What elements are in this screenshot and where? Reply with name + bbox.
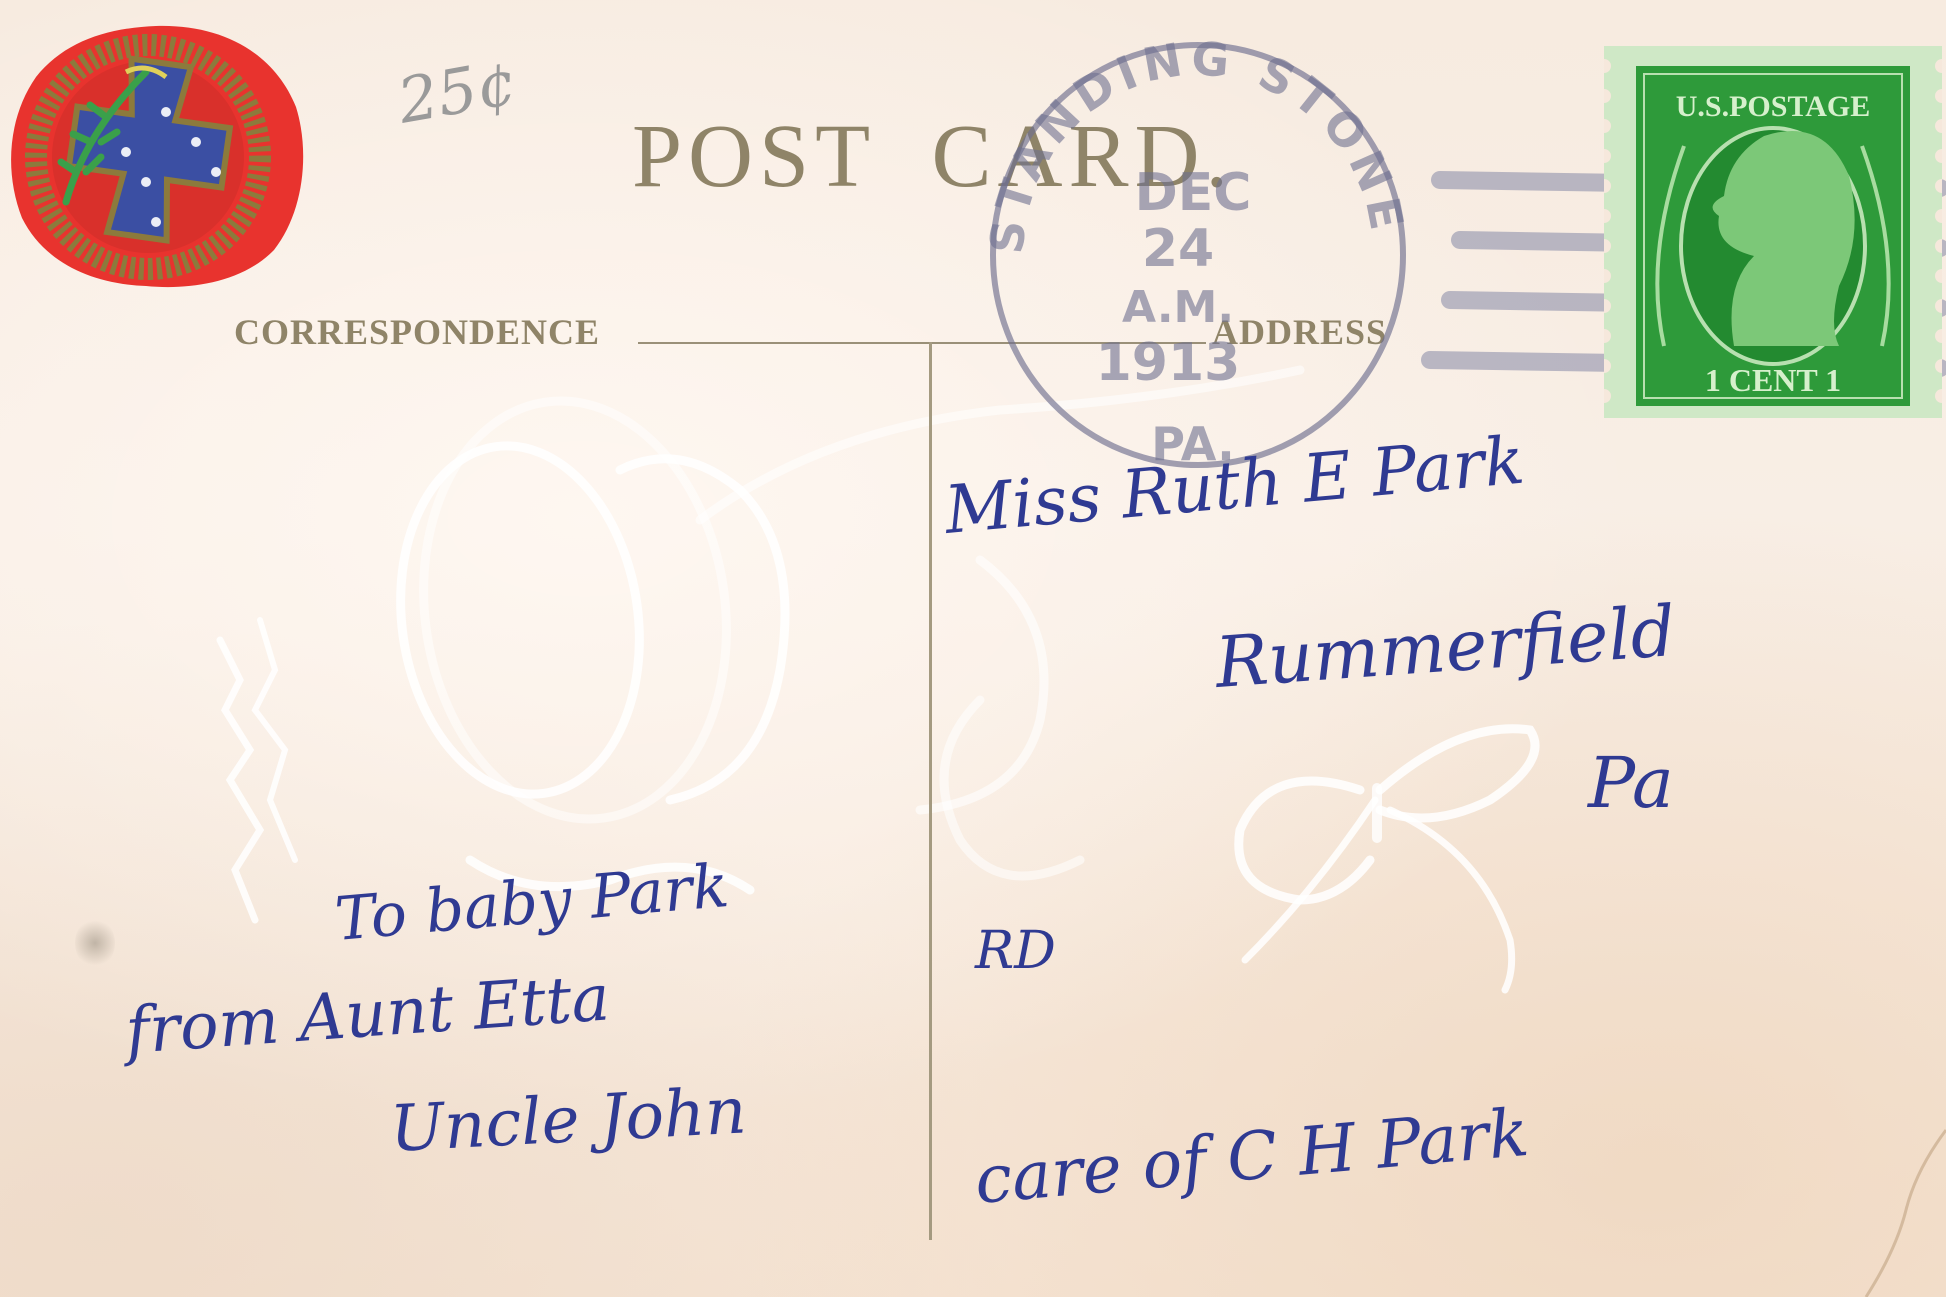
postage-stamp: U.S.POSTAGE 1 CENT 1 <box>1604 46 1942 418</box>
stamp-denomination: 1 CENT 1 <box>1705 362 1841 398</box>
center-divider <box>929 342 932 1240</box>
postmark-time: A.M. <box>1122 282 1234 333</box>
postmark-year: 1913 <box>1096 333 1241 393</box>
stamp-top-text: U.S.POSTAGE <box>1676 90 1871 123</box>
address-state: Pa <box>1588 748 1674 818</box>
corner-crease <box>1840 1120 1946 1297</box>
message-line-3: Uncle John <box>389 1079 748 1162</box>
address-town: Rummerfield <box>1213 596 1678 698</box>
postmark-day: 24 <box>1142 219 1214 279</box>
pencil-price-note: 25¢ <box>393 45 522 137</box>
postmark-month: DEC <box>1135 163 1252 223</box>
postmark: STANDING STONE DEC 24 A.M. 1913 PA. <box>978 20 1418 470</box>
age-stain <box>75 918 115 968</box>
address-route: RD <box>975 925 1056 977</box>
message-line-1: To baby Park <box>333 856 731 950</box>
postcard-back: 25¢ POST CARD. CORRESPONDENCE ADDRESS ST… <box>0 0 1946 1297</box>
address-care-of: care of C H Park <box>972 1100 1531 1214</box>
wax-seal-sticker <box>6 22 308 290</box>
correspondence-label: CORRESPONDENCE <box>234 314 600 350</box>
message-line-2: from Aunt Etta <box>124 966 612 1064</box>
